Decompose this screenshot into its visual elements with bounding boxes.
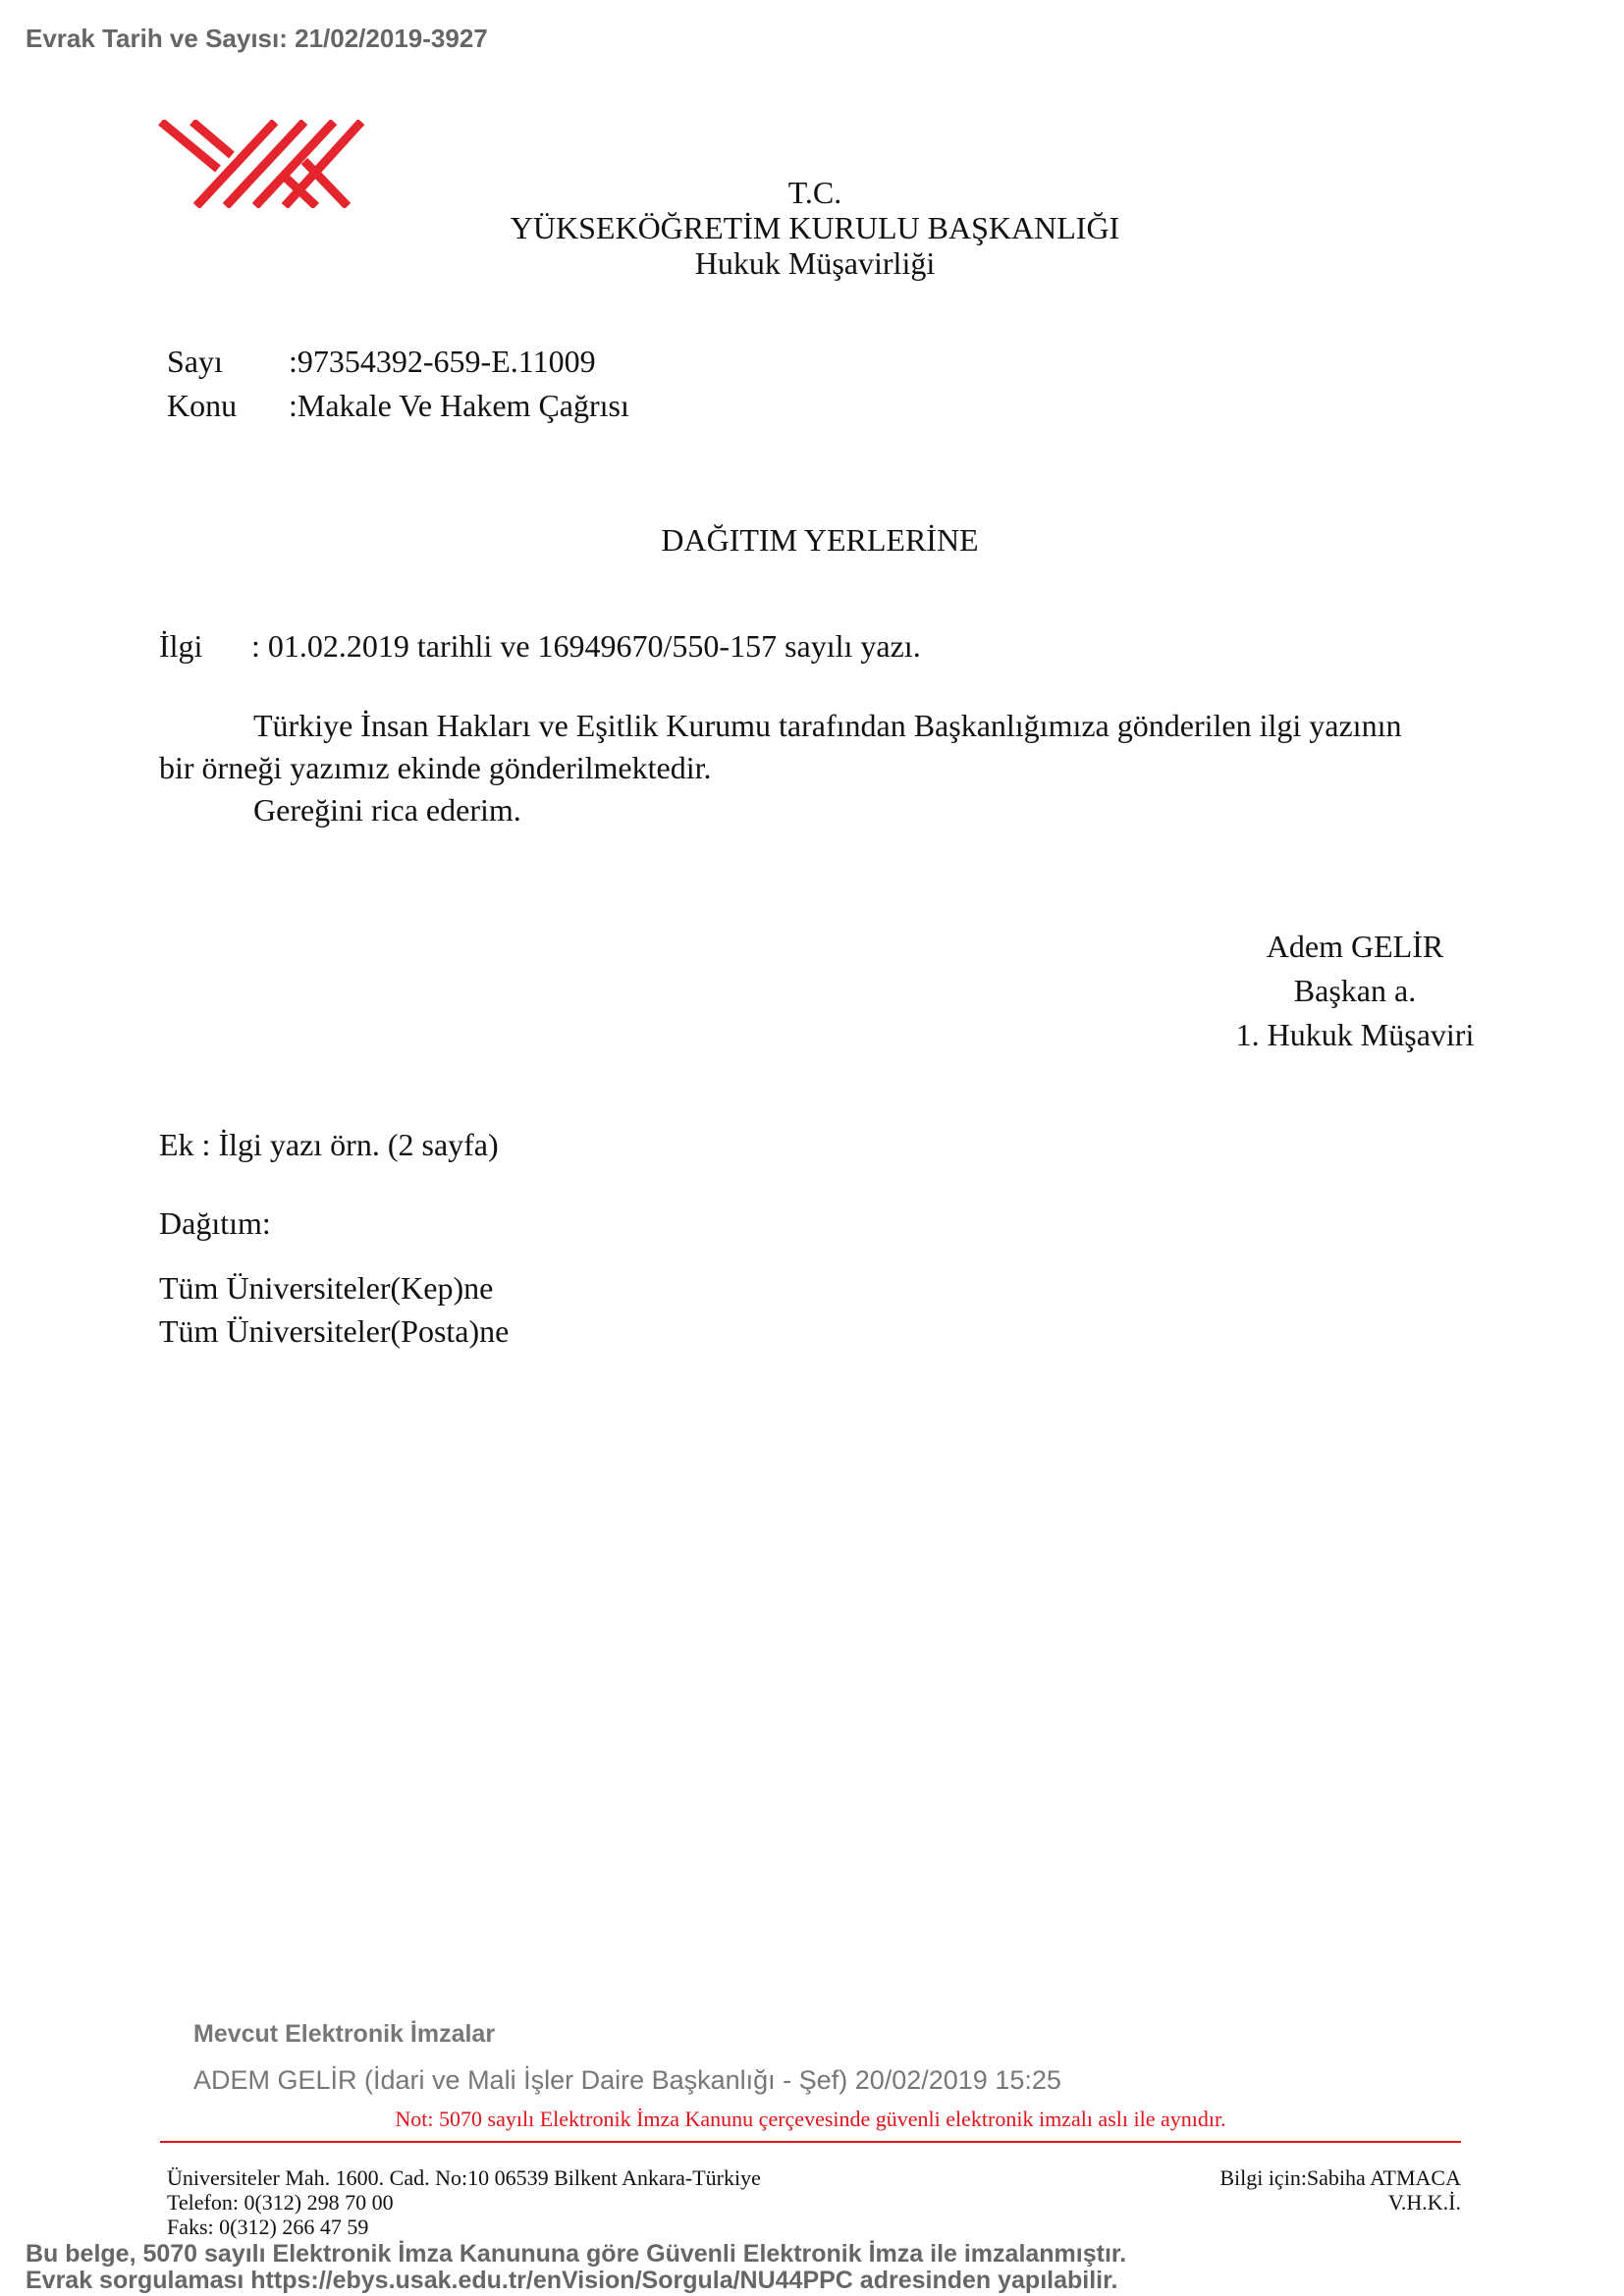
institution-header: T.C. YÜKSEKÖĞRETİM KURULU BAŞKANLIĞI Huk… [491,175,1139,281]
yok-logo-icon [157,120,381,208]
konu-value-wrap: :Makale Ve Hakem Çağrısı [289,388,629,423]
konu-colon: : [289,388,298,423]
ilgi-reference: : 01.02.2019 tarihli ve 16949670/550-157… [251,628,921,665]
meta-sayi-row: Sayı :97354392-659-E.11009 [0,344,785,383]
document-date-number-stamp: Evrak Tarih ve Sayısı: 21/02/2019-3927 [26,24,488,54]
sayi-colon: : [289,344,298,379]
legal-note: Not: 5070 sayılı Elektronik İmza Kanunu … [160,2107,1461,2132]
signatory-name: Adem GELİR [1149,925,1561,969]
signature-block: Adem GELİR Başkan a. 1. Hukuk Müşaviri [1149,925,1561,1057]
body-closing: Gereğini rica ederim. [253,789,521,831]
footer-divider [160,2141,1461,2143]
footer-contact-block: Bilgi için:Sabiha ATMACA V.H.K.İ. [1219,2165,1461,2215]
verification-line-2[interactable]: Evrak sorgulaması https://ebys.usak.edu.… [26,2268,1126,2294]
verification-notice: Bu belge, 5070 sayılı Elektronik İmza Ka… [26,2241,1126,2294]
footer-phone: Telefon: 0(312) 298 70 00 [167,2190,761,2215]
electronic-signatures-title: Mevcut Elektronik İmzalar [193,2020,495,2049]
konu-value: Makale Ve Hakem Çağrısı [298,388,629,423]
body-line-2: bir örneği yazımız ekinde gönderilmekted… [159,747,711,789]
verification-line-1: Bu belge, 5070 sayılı Elektronik İmza Ka… [26,2241,1126,2268]
attachment-note: Ek : İlgi yazı örn. (2 sayfa) [159,1127,499,1163]
distribution-label: Dağıtım: [159,1205,271,1242]
signatory-title-1: Başkan a. [1149,969,1561,1013]
footer-fax: Faks: 0(312) 266 47 59 [167,2215,761,2239]
distribution-item: Tüm Üniversiteler(Kep)ne [159,1266,509,1309]
footer-address-block: Üniversiteler Mah. 1600. Cad. No:10 0653… [167,2165,761,2239]
konu-label: Konu [167,388,237,423]
footer-address: Üniversiteler Mah. 1600. Cad. No:10 0653… [167,2165,761,2190]
header-line-institution: YÜKSEKÖĞRETİM KURULU BAŞKANLIĞI [491,210,1139,245]
sayi-value-wrap: :97354392-659-E.11009 [289,344,596,379]
sayi-value: 97354392-659-E.11009 [298,344,596,379]
contact-person: Bilgi için:Sabiha ATMACA [1219,2165,1461,2190]
sayi-label: Sayı [167,344,223,379]
electronic-signature-entry: ADEM GELİR (İdari ve Mali İşler Daire Ba… [193,2065,1061,2096]
addressee: DAĞITIM YERLERİNE [648,522,992,559]
distribution-item: Tüm Üniversiteler(Posta)ne [159,1309,509,1353]
ilgi-label: İlgi [159,628,202,665]
meta-konu-row: Konu :Makale Ve Hakem Çağrısı [0,388,785,427]
header-line-department: Hukuk Müşavirliği [491,245,1139,281]
signatory-title-2: 1. Hukuk Müşaviri [1149,1013,1561,1057]
body-line-1: Türkiye İnsan Hakları ve Eşitlik Kurumu … [253,705,1401,747]
header-line-tc: T.C. [491,175,1139,210]
contact-title: V.H.K.İ. [1219,2190,1461,2215]
distribution-list: Tüm Üniversiteler(Kep)ne Tüm Üniversitel… [159,1266,509,1353]
